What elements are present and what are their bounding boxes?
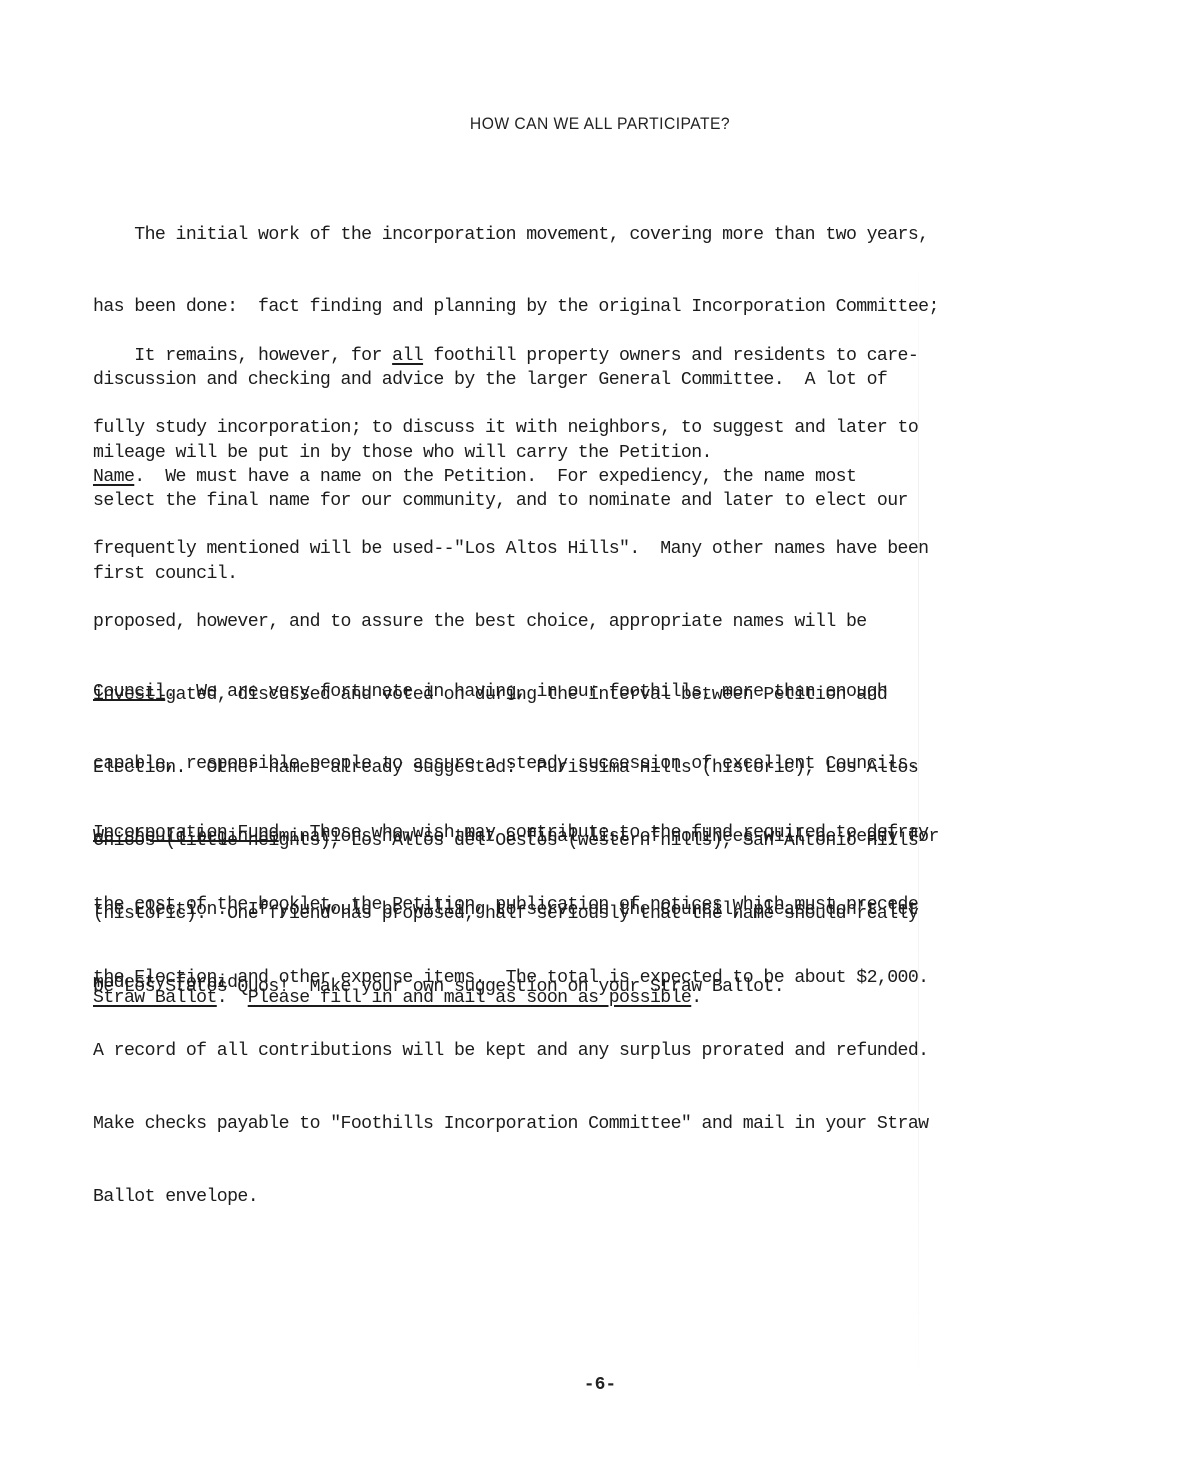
page-title: HOW CAN WE ALL PARTICIPATE?	[48, 114, 1152, 134]
section-heading-name: Name	[93, 467, 134, 487]
document-page: HOW CAN WE ALL PARTICIPATE? The initial …	[0, 0, 1200, 1469]
text-fragment: .	[217, 988, 248, 1008]
emphasis-all: all	[392, 346, 423, 366]
text-fragment: . We are very fortunate in having, in ou…	[165, 682, 887, 702]
text-line: Name. We must have a name on the Petitio…	[93, 465, 1083, 489]
text-line: It remains, however, for all foothill pr…	[93, 344, 1083, 368]
text-line: Incorporation Fund. Those who wish may c…	[93, 821, 1083, 845]
page-number: -6-	[0, 1375, 1200, 1395]
text-line: Make checks payable to "Foothills Incorp…	[93, 1112, 1083, 1136]
text-line: The initial work of the incorporation mo…	[93, 223, 1083, 247]
text-line: Ballot envelope.	[93, 1185, 1083, 1209]
section-heading-ballot: Straw Ballot	[93, 988, 217, 1008]
text-fragment: . We must have a name on the Petition. F…	[134, 467, 856, 487]
section-heading-fund: Incorporation Fund	[93, 823, 279, 843]
text-fragment: foothill property owners and residents t…	[423, 346, 918, 366]
text-fragment: . Those who wish may contribute to the f…	[279, 823, 929, 843]
text-line: Council. We are very fortunate in having…	[93, 680, 1083, 704]
text-fragment: It remains, however, for	[93, 346, 392, 366]
section-heading-council: Council	[93, 682, 165, 702]
ballot-paragraph: Straw Ballot. Please fill in and mail as…	[93, 937, 1083, 1058]
ballot-instruction: Please fill in and mail as soon as possi…	[248, 988, 692, 1008]
text-line: frequently mentioned will be used--"Los …	[93, 537, 1083, 561]
text-line: the cost of the booklet, the Petition, p…	[93, 893, 1083, 917]
text-fragment: .	[691, 988, 701, 1008]
text-line: Straw Ballot. Please fill in and mail as…	[93, 986, 1083, 1010]
